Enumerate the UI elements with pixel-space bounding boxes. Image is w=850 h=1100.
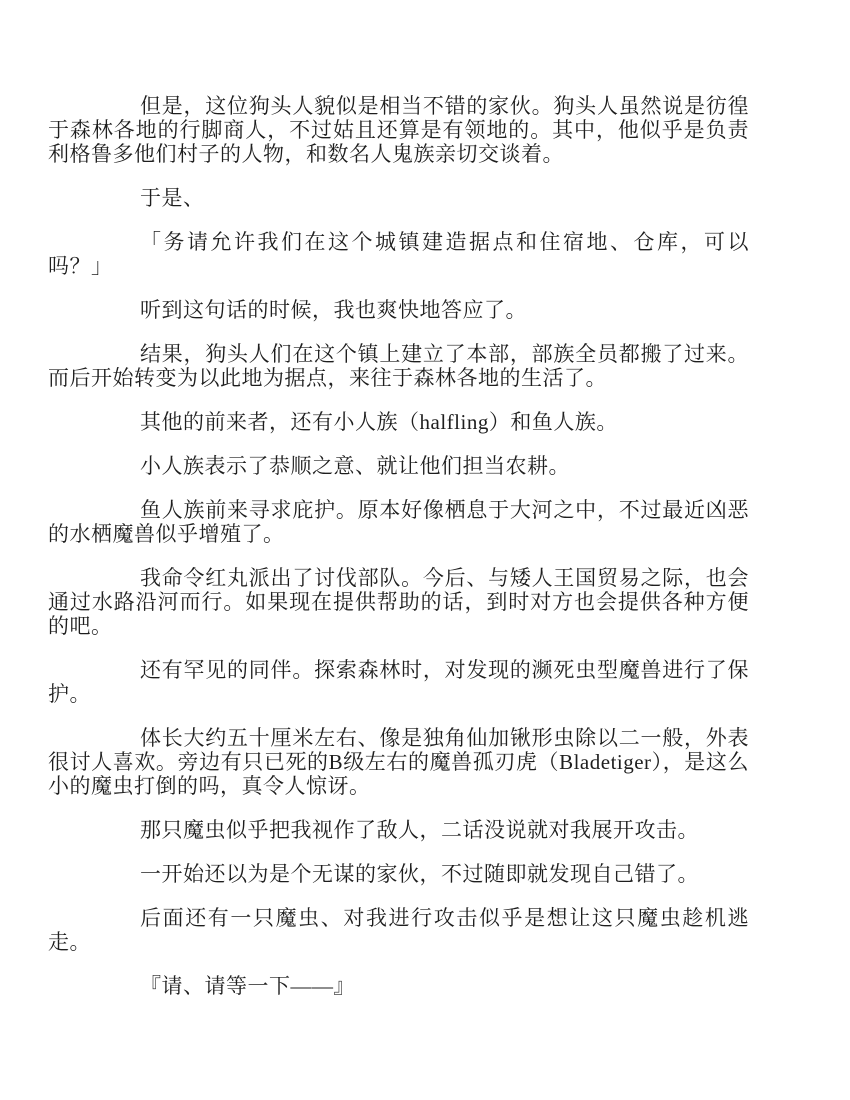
paragraph: 我命令红丸派出了讨伐部队。今后、与矮人王国贸易之际，也会通过水路沿河而行。如果现… xyxy=(48,566,749,638)
paragraph: 还有罕见的同伴。探索森林时，对发现的濒死虫型魔兽进行了保护。 xyxy=(48,658,749,706)
text-content: 但是，这位狗头人貌似是相当不错的家伙。狗头人虽然说是彷徨于森林各地的行脚商人，不… xyxy=(48,94,749,998)
paragraph-dialogue: 『请、请等一下——』 xyxy=(48,974,749,998)
paragraph: 一开始还以为是个无谋的家伙，不过随即就发现自己错了。 xyxy=(48,862,749,886)
paragraph: 那只魔虫似乎把我视作了敌人，二话没说就对我展开攻击。 xyxy=(48,818,749,842)
paragraph: 听到这句话的时候，我也爽快地答应了。 xyxy=(48,298,749,322)
paragraph-dialogue: 「务请允许我们在这个城镇建造据点和住宿地、仓库，可以吗？」 xyxy=(48,230,749,278)
paragraph: 体长大约五十厘米左右、像是独角仙加锹形虫除以二一般，外表很讨人喜欢。旁边有只已死… xyxy=(48,726,749,798)
paragraph: 小人族表示了恭顺之意、就让他们担当农耕。 xyxy=(48,454,749,478)
paragraph: 鱼人族前来寻求庇护。原本好像栖息于大河之中，不过最近凶恶的水栖魔兽似乎增殖了。 xyxy=(48,498,749,546)
paragraph: 其他的前来者，还有小人族（halfling）和鱼人族。 xyxy=(48,410,749,434)
paragraph: 后面还有一只魔虫、对我进行攻击似乎是想让这只魔虫趁机逃走。 xyxy=(48,906,749,954)
paragraph: 于是、 xyxy=(48,186,749,210)
paragraph: 结果，狗头人们在这个镇上建立了本部，部族全员都搬了过来。而后开始转变为以此地为据… xyxy=(48,342,749,390)
paragraph: 但是，这位狗头人貌似是相当不错的家伙。狗头人虽然说是彷徨于森林各地的行脚商人，不… xyxy=(48,94,749,166)
document-page: 但是，这位狗头人貌似是相当不错的家伙。狗头人虽然说是彷徨于森林各地的行脚商人，不… xyxy=(0,0,850,1100)
